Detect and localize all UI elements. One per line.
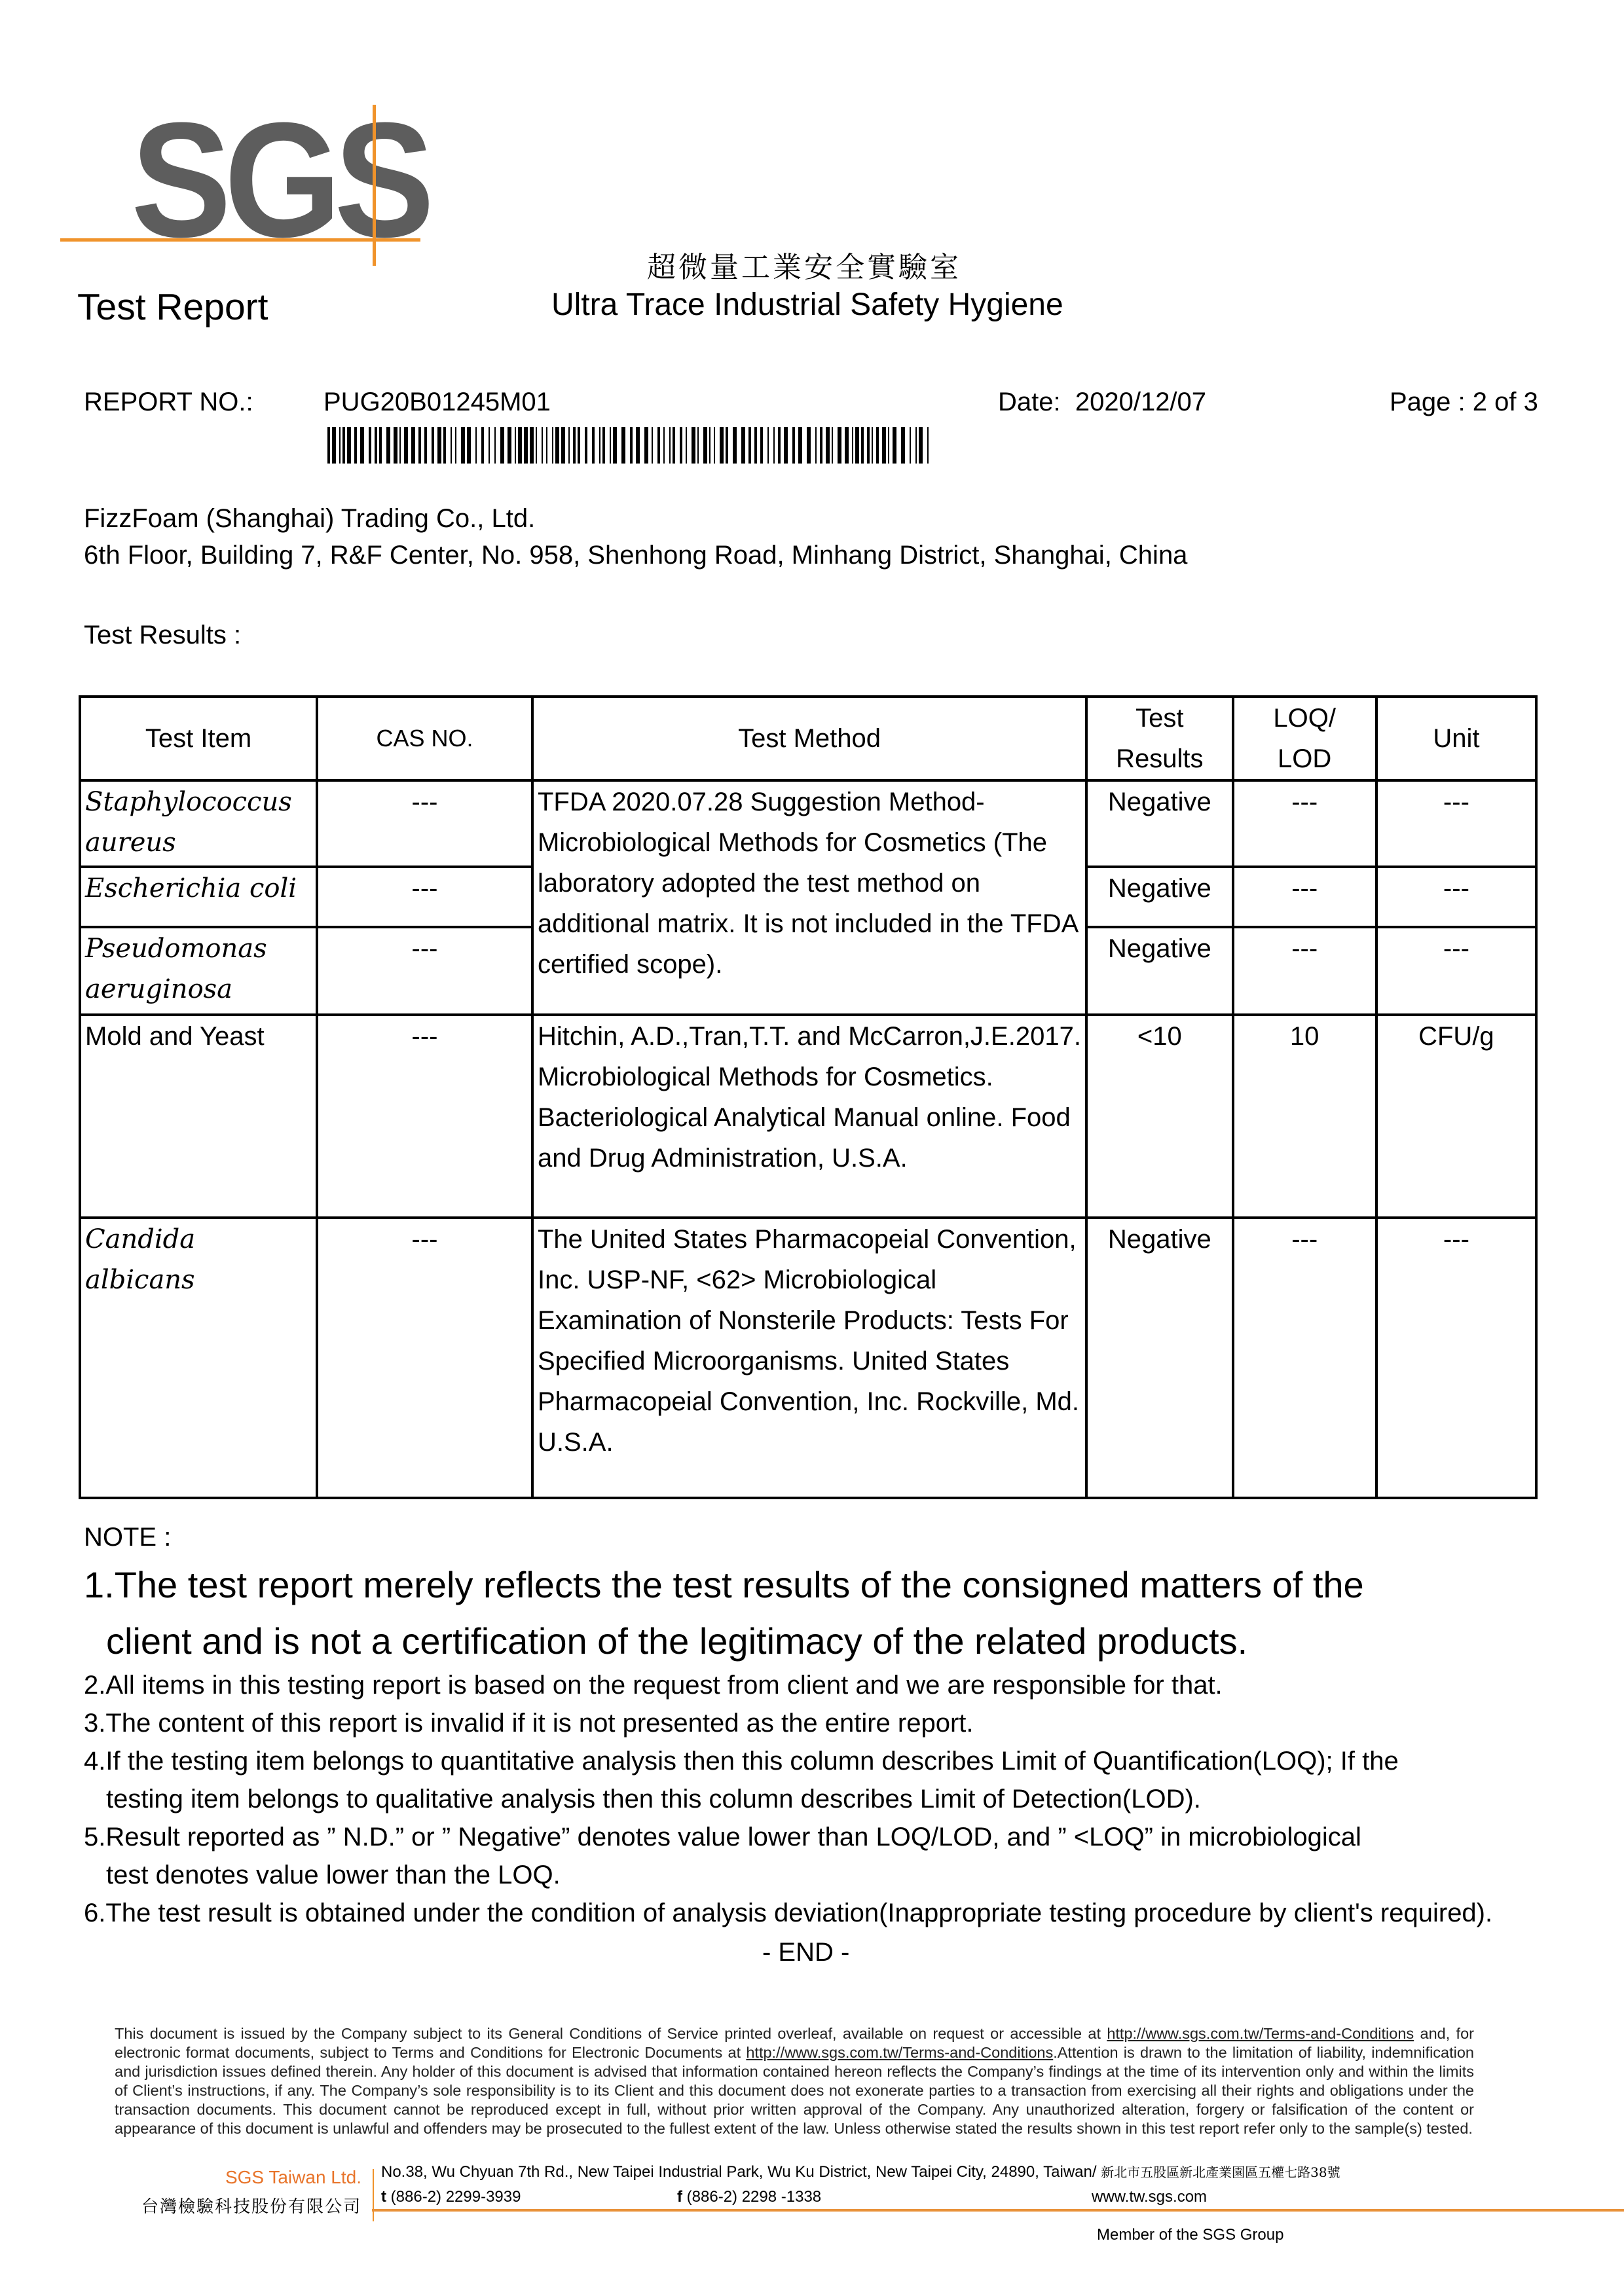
- col-header-loq-lod: LOQ/ LOD: [1233, 697, 1376, 780]
- cas-no: ---: [317, 780, 532, 867]
- note-4-line-2: testing item belongs to qualitative anal…: [106, 1785, 1201, 1814]
- test-method: TFDA 2020.07.28 Suggestion Method-Microb…: [532, 780, 1086, 1015]
- test-item: Escherichia coli: [80, 867, 317, 927]
- loq-lod: ---: [1233, 780, 1376, 867]
- client-address: 6th Floor, Building 7, R&F Center, No. 9…: [84, 541, 1187, 570]
- unit: ---: [1376, 1218, 1536, 1498]
- col-header-test-results: Test Results: [1086, 697, 1232, 780]
- table-row: Mold and Yeast --- Hitchin, A.D.,Tran,T.…: [80, 1015, 1536, 1218]
- unit: ---: [1376, 780, 1536, 867]
- date-value: 2020/12/07: [1075, 388, 1206, 416]
- unit: ---: [1376, 927, 1536, 1015]
- note-3: 3.The content of this report is invalid …: [84, 1709, 974, 1738]
- cas-no: ---: [317, 927, 532, 1015]
- report-date: Date: 2020/12/07: [998, 388, 1206, 417]
- cas-no: ---: [317, 867, 532, 927]
- col-header-test-item: Test Item: [80, 697, 317, 780]
- footer-address: No.38, Wu Chyuan 7th Rd., New Taipei Ind…: [381, 2162, 1340, 2181]
- note-6: 6.The test result is obtained under the …: [84, 1899, 1492, 1928]
- test-result: <10: [1086, 1015, 1232, 1218]
- note-4-line-1: 4.If the testing item belongs to quantit…: [84, 1747, 1399, 1776]
- terms-link-1[interactable]: http://www.sgs.com.tw/Terms-and-Conditio…: [1107, 2025, 1414, 2042]
- lab-name-chinese: 超微量工業安全實驗室: [647, 244, 961, 285]
- note-2: 2.All items in this testing report is ba…: [84, 1671, 1223, 1700]
- date-label: Date:: [998, 388, 1061, 416]
- loq-lod: 10: [1233, 1015, 1376, 1218]
- footer-accent-line-vertical: [373, 2169, 374, 2221]
- page-indicator: Page : 2 of 3: [1390, 388, 1538, 417]
- loq-lod: ---: [1233, 867, 1376, 927]
- unit: ---: [1376, 867, 1536, 927]
- unit: CFU/g: [1376, 1015, 1536, 1218]
- cas-no: ---: [317, 1218, 532, 1498]
- col-header-test-method: Test Method: [532, 697, 1086, 780]
- table-row: Staphylococcus aureus --- TFDA 2020.07.2…: [80, 780, 1536, 867]
- loq-lod: ---: [1233, 1218, 1376, 1498]
- note-5-line-2: test denotes value lower than the LOQ.: [106, 1861, 561, 1890]
- logo-accent-line-horizontal: [60, 238, 420, 242]
- test-results-heading: Test Results :: [84, 621, 241, 650]
- test-item: Mold and Yeast: [80, 1015, 317, 1218]
- report-no: PUG20B01245M01: [323, 388, 551, 417]
- table-header-row: Test Item CAS NO. Test Method Test Resul…: [80, 697, 1536, 780]
- test-item: Candida albicans: [80, 1218, 317, 1498]
- legal-disclaimer: This document is issued by the Company s…: [115, 2024, 1474, 2138]
- report-barcode: [327, 427, 936, 464]
- footer-telephone: t (886-2) 2299-3939: [381, 2188, 521, 2206]
- table-row: Candida albicans --- The United States P…: [80, 1218, 1536, 1498]
- test-result: Negative: [1086, 927, 1232, 1015]
- footer-company-name: SGS Taiwan Ltd.: [131, 2167, 361, 2188]
- test-method: The United States Pharmacopeial Conventi…: [532, 1218, 1086, 1498]
- footer-accent-line-horizontal: [372, 2209, 1624, 2212]
- test-results-table: Test Item CAS NO. Test Method Test Resul…: [79, 695, 1538, 1499]
- doc-title: Test Report: [77, 285, 268, 329]
- test-item: Staphylococcus aureus: [80, 780, 317, 867]
- report-no-label: REPORT NO.:: [84, 388, 253, 417]
- note-5-line-1: 5.Result reported as ” N.D.” or ” Negati…: [84, 1823, 1361, 1852]
- loq-lod: ---: [1233, 927, 1376, 1015]
- test-result: Negative: [1086, 780, 1232, 867]
- col-header-unit: Unit: [1376, 697, 1536, 780]
- footer-company-name-chinese: 台灣檢驗科技股份有限公司: [131, 2193, 361, 2217]
- client-name: FizzFoam (Shanghai) Trading Co., Ltd.: [84, 504, 535, 534]
- footer-member-text: Member of the SGS Group: [1097, 2226, 1283, 2244]
- test-item: Pseudomonas aeruginosa: [80, 927, 317, 1015]
- note-1-line-2: client and is not a certification of the…: [106, 1620, 1247, 1662]
- footer-website[interactable]: www.tw.sgs.com: [1092, 2188, 1207, 2206]
- end-marker: - END -: [762, 1938, 849, 1967]
- note-1-line-1: 1.The test report merely reflects the te…: [84, 1563, 1364, 1606]
- logo-accent-line-vertical: [373, 105, 376, 266]
- lab-name-english: Ultra Trace Industrial Safety Hygiene: [551, 287, 1063, 323]
- sgs-logo: SGS: [131, 98, 428, 262]
- footer-fax: f (886-2) 2298 -1338: [677, 2188, 821, 2206]
- test-result: Negative: [1086, 867, 1232, 927]
- note-label: NOTE :: [84, 1523, 171, 1552]
- cas-no: ---: [317, 1015, 532, 1218]
- terms-link-2[interactable]: http://www.sgs.com.tw/Terms-and-Conditio…: [746, 2044, 1053, 2061]
- test-result: Negative: [1086, 1218, 1232, 1498]
- test-method: Hitchin, A.D.,Tran,T.T. and McCarron,J.E…: [532, 1015, 1086, 1218]
- col-header-cas-no: CAS NO.: [317, 697, 532, 780]
